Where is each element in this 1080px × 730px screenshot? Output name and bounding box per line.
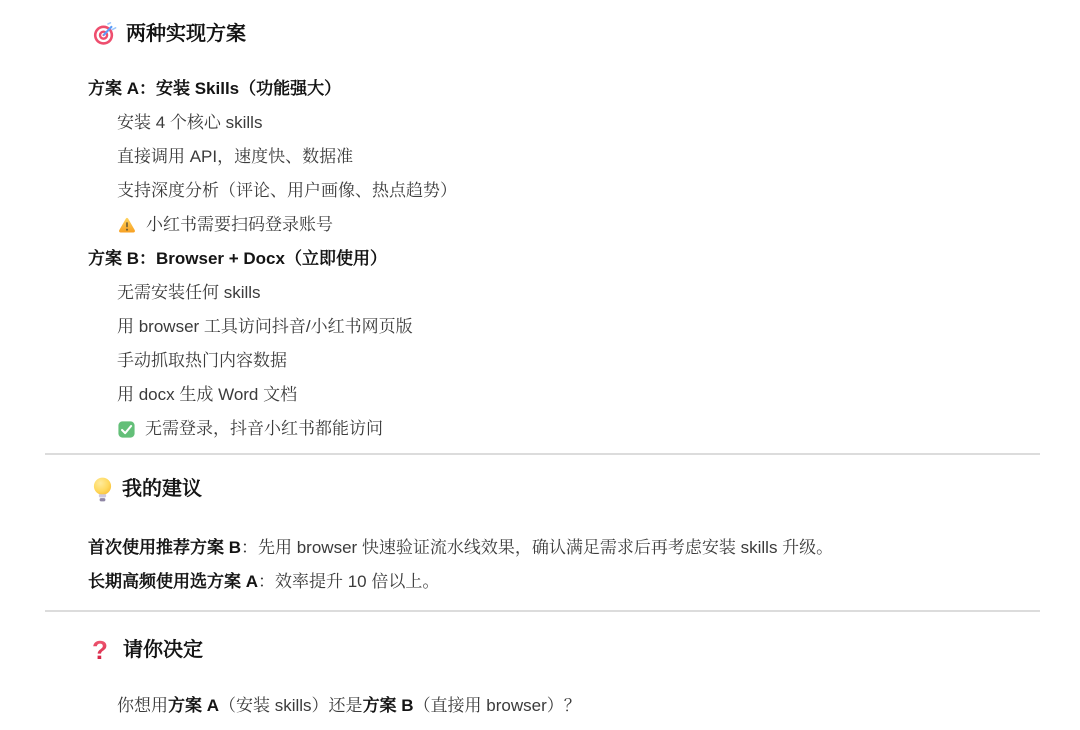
question-option-b: 方案 B xyxy=(363,696,414,715)
list-item: 支持深度分析（评论、用户画像、热点趋势） xyxy=(117,174,1040,208)
list-item: 用 browser 工具访问抖音/小红书网页版 xyxy=(117,310,1040,344)
list-item: 手动抓取热门内容数据 xyxy=(117,344,1040,378)
list-item-text: 无需登录，抖音小红书都能访问 xyxy=(145,412,383,446)
section-heading-advice: 我的建议 xyxy=(92,475,1040,503)
recommendation-line: 长期高频使用选方案 A：效率提升 10 倍以上。 xyxy=(88,565,1040,599)
list-item-text: 支持深度分析（评论、用户画像、热点趋势） xyxy=(117,174,457,208)
section-divider xyxy=(45,453,1040,455)
question-mark-icon: ? xyxy=(92,636,114,664)
decision-question: 你想用方案 A（安装 skills）还是方案 B（直接用 browser）？ xyxy=(117,689,1040,723)
list-item-text: 用 browser 工具访问抖音/小红书网页版 xyxy=(117,310,413,344)
check-box-icon xyxy=(117,420,136,439)
section-heading-decision: ? 请你决定 xyxy=(92,636,1040,664)
list-item: 直接调用 API，速度快、数据准 xyxy=(117,140,1040,174)
recommendation-bold: 首次使用推荐方案 B xyxy=(88,538,241,557)
list-item-text: 无需安装任何 skills xyxy=(117,276,261,310)
section-heading-decision-text: 请你决定 xyxy=(123,636,203,664)
question-suffix: （直接用 browser）？ xyxy=(414,696,581,715)
document-body: 两种实现方案 方案 A：安装 Skills（功能强大） 安装 4 个核心 ski… xyxy=(0,0,1080,723)
list-item-text: 手动抓取热门内容数据 xyxy=(117,344,287,378)
list-item-success: 无需登录，抖音小红书都能访问 xyxy=(117,412,1040,446)
section-heading-plans-text: 两种实现方案 xyxy=(126,20,246,48)
section-heading-plans: 两种实现方案 xyxy=(92,20,1040,48)
list-item-text: 直接调用 API，速度快、数据准 xyxy=(117,140,353,174)
recommendation-rest: ：先用 browser 快速验证流水线效果，确认满足需求后再考虑安装 skill… xyxy=(241,538,833,557)
recommendation-bold: 长期高频使用选方案 A xyxy=(88,572,258,591)
list-item-text: 小红书需要扫码登录账号 xyxy=(146,208,333,242)
dart-target-icon xyxy=(92,21,117,47)
list-item: 用 docx 生成 Word 文档 xyxy=(117,378,1040,412)
question-prefix: 你想用 xyxy=(117,696,168,715)
question-middle: （安装 skills）还是 xyxy=(219,696,363,715)
list-item: 安装 4 个核心 skills xyxy=(117,106,1040,140)
list-item-warning: 小红书需要扫码登录账号 xyxy=(117,208,1040,242)
section-heading-advice-text: 我的建议 xyxy=(122,475,202,503)
light-bulb-icon xyxy=(92,476,113,503)
section-divider xyxy=(45,610,1040,612)
recommendation-rest: ：效率提升 10 倍以上。 xyxy=(258,572,439,591)
plan-a-title: 方案 A：安装 Skills（功能强大） xyxy=(88,72,1040,106)
warning-icon xyxy=(117,215,137,235)
list-item-text: 安装 4 个核心 skills xyxy=(117,106,262,140)
recommendation-line: 首次使用推荐方案 B：先用 browser 快速验证流水线效果，确认满足需求后再… xyxy=(88,531,1040,565)
plan-b-title: 方案 B：Browser + Docx（立即使用） xyxy=(88,242,1040,276)
list-item-text: 用 docx 生成 Word 文档 xyxy=(117,378,297,412)
list-item: 无需安装任何 skills xyxy=(117,276,1040,310)
question-option-a: 方案 A xyxy=(168,696,219,715)
